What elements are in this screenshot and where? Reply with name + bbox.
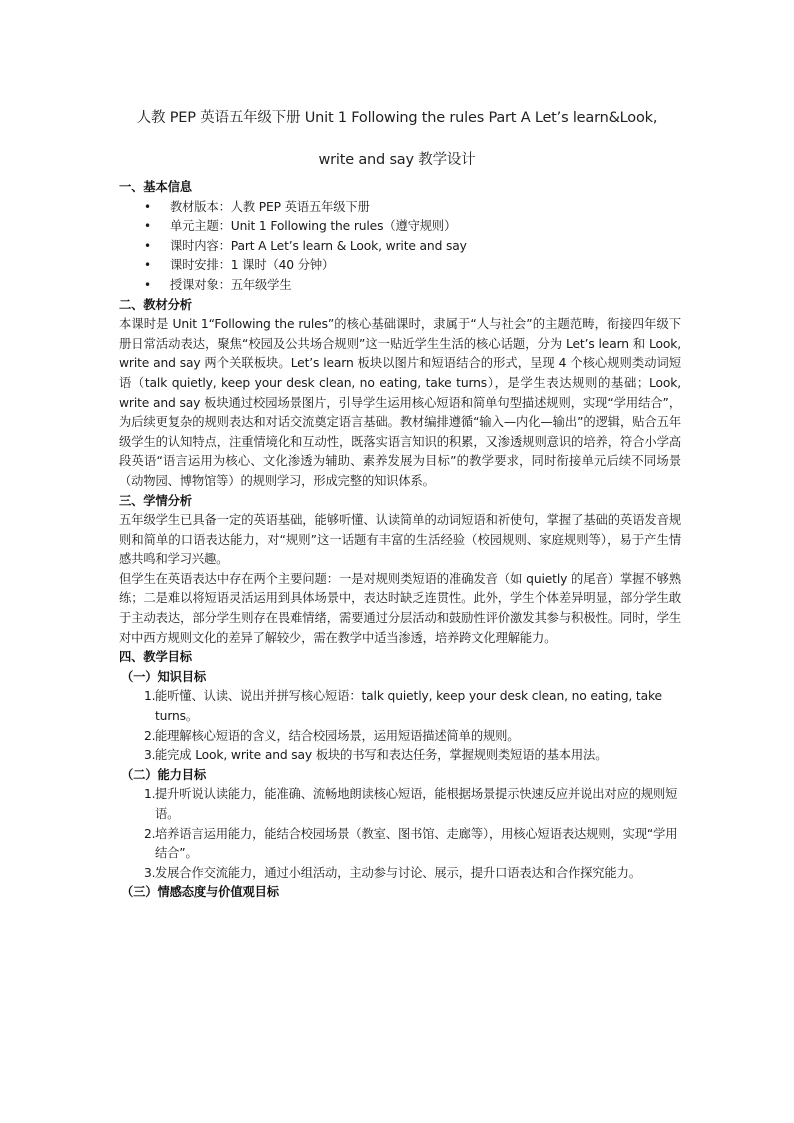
list-item: 课时内容：Part A Let’s learn & Look, write an…: [119, 237, 681, 257]
list-item: 2.培养语言运用能力，能结合校园场景（教室、图书馆、走廊等），用核心短语表达规则…: [119, 825, 681, 864]
subsection-heading-emotion: （三）情感态度与价值观目标: [121, 883, 681, 903]
document-title-line-1: 人教 PEP 英语五年级下册 Unit 1 Following the rule…: [0, 106, 794, 127]
section-heading: 四、教学目标: [119, 648, 681, 668]
list-item: 3.发展合作交流能力，通过小组活动，主动参与讨论、展示，提升口语表达和合作探究能…: [119, 864, 681, 884]
list-item: 课时安排：1 课时（40 分钟）: [119, 256, 681, 276]
document-page: 人教 PEP 英语五年级下册 Unit 1 Following the rule…: [0, 0, 794, 1123]
section-heading: 二、教材分析: [119, 296, 681, 316]
list-item: 1.能听懂、认读、说出并拼写核心短语：talk quietly, keep yo…: [119, 687, 706, 726]
knowledge-objectives-list: 1.能听懂、认读、说出并拼写核心短语：talk quietly, keep yo…: [119, 687, 681, 765]
document-title-line-2: write and say 教学设计: [0, 148, 794, 169]
section-textbook-analysis: 二、教材分析 本课时是 Unit 1“Following the rules”的…: [119, 296, 681, 492]
paragraph: 五年级学生已具备一定的英语基础，能够听懂、认读简单的动词短语和祈使句，掌握了基础…: [119, 511, 681, 570]
section-basic-info: 一、基本信息 教材版本：人教 PEP 英语五年级下册 单元主题：Unit 1 F…: [119, 178, 681, 296]
list-item: 1.提升听说认读能力，能准确、流畅地朗读核心短语，能根据场景提示快速反应并说出对…: [119, 785, 681, 824]
list-item: 2.能理解核心短语的含义，结合校园场景，运用短语描述简单的规则。: [119, 727, 681, 747]
subsection-heading-knowledge: （一）知识目标: [121, 668, 681, 688]
paragraph: 但学生在英语表达中存在两个主要问题：一是对规则类短语的准确发音（如 quietl…: [119, 570, 681, 648]
list-item: 授课对象：五年级学生: [119, 276, 681, 296]
ability-objectives-list: 1.提升听说认读能力，能准确、流畅地朗读核心短语，能根据场景提示快速反应并说出对…: [119, 785, 681, 883]
section-objectives: 四、教学目标 （一）知识目标 1.能听懂、认读、说出并拼写核心短语：talk q…: [119, 648, 681, 903]
basic-info-list: 教材版本：人教 PEP 英语五年级下册 单元主题：Unit 1 Followin…: [119, 198, 681, 296]
subsection-heading-ability: （二）能力目标: [121, 766, 681, 786]
paragraph: 本课时是 Unit 1“Following the rules”的核心基础课时，…: [119, 315, 681, 491]
list-item: 教材版本：人教 PEP 英语五年级下册: [119, 198, 681, 218]
section-heading: 三、学情分析: [119, 492, 681, 512]
list-item: 单元主题：Unit 1 Following the rules（遵守规则）: [119, 217, 681, 237]
section-heading: 一、基本信息: [119, 178, 681, 198]
list-item: 3.能完成 Look, write and say 板块的书写和表达任务，掌握规…: [119, 746, 681, 766]
section-student-analysis: 三、学情分析 五年级学生已具备一定的英语基础，能够听懂、认读简单的动词短语和祈使…: [119, 492, 681, 649]
document-body: 一、基本信息 教材版本：人教 PEP 英语五年级下册 单元主题：Unit 1 F…: [119, 178, 681, 903]
